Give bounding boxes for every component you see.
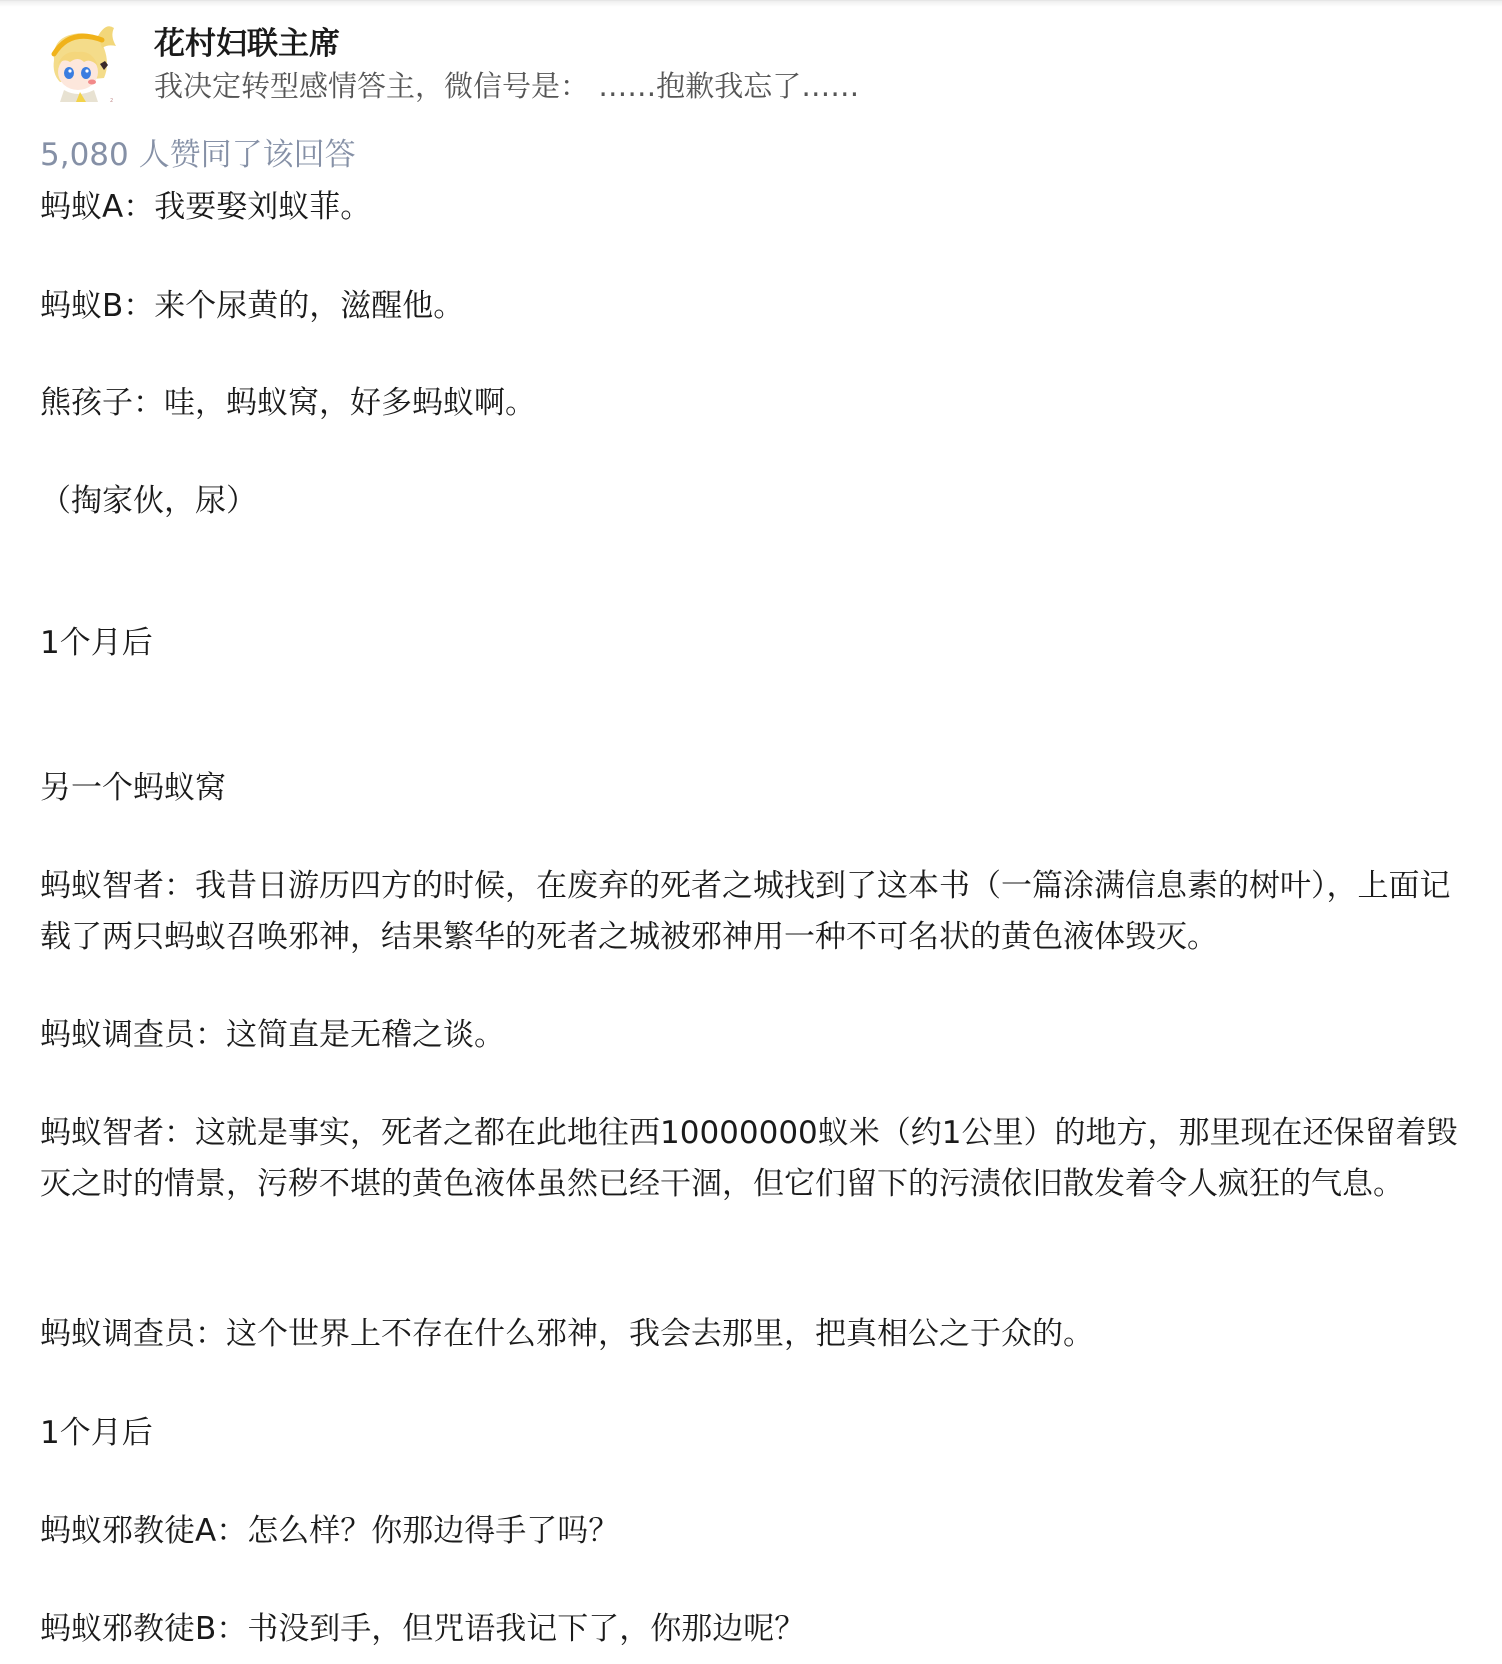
svg-text:2: 2 xyxy=(110,98,113,104)
paragraph: 蚂蚁调查员：这个世界上不存在什么邪神，我会去那里，把真相公之于众的。 xyxy=(40,1309,1480,1360)
paragraph: 1个月后 xyxy=(40,1408,1480,1459)
paragraph: 蚂蚁智者：我昔日游历四方的时候，在废弃的死者之城找到了这本书（一篇涂满信息素的树… xyxy=(40,861,1480,963)
paragraph: 蚂蚁邪教徒B：书没到手，但咒语我记下了，你那边呢？ xyxy=(40,1604,1480,1655)
top-bar-shadow xyxy=(0,0,1502,7)
avatar[interactable]: 2 xyxy=(40,20,126,106)
avatar-image-icon: 2 xyxy=(40,20,126,106)
vote-count: 5,080 人赞同了该回答 xyxy=(40,129,356,174)
paragraph: 熊孩子：哇，蚂蚁窝，好多蚂蚁啊。 xyxy=(40,378,1480,429)
paragraph: 蚂蚁调查员：这简直是无稽之谈。 xyxy=(40,1010,1480,1061)
paragraph: 另一个蚂蚁窝 xyxy=(40,763,1480,814)
paragraph: 蚂蚁B：来个尿黄的，滋醒他。 xyxy=(40,281,1480,332)
paragraph: 蚂蚁邪教徒A：怎么样？你那边得手了吗？ xyxy=(40,1506,1480,1557)
paragraph: 蚂蚁A：我要娶刘蚁菲。 xyxy=(40,182,1480,233)
paragraph: 蚂蚁智者：这就是事实，死者之都在此地往西10000000蚁米（约1公里）的地方，… xyxy=(40,1108,1480,1210)
author-info: 2 花村妇联主席 我决定转型感情答主，微信号是： ……抱歉我忘了…… xyxy=(40,18,1480,110)
paragraph: （掏家伙，尿） xyxy=(40,476,1480,527)
author-bio: 我决定转型感情答主，微信号是： ……抱歉我忘了…… xyxy=(154,64,859,105)
paragraph: 1个月后 xyxy=(40,618,1480,669)
author-name[interactable]: 花村妇联主席 xyxy=(154,18,340,63)
